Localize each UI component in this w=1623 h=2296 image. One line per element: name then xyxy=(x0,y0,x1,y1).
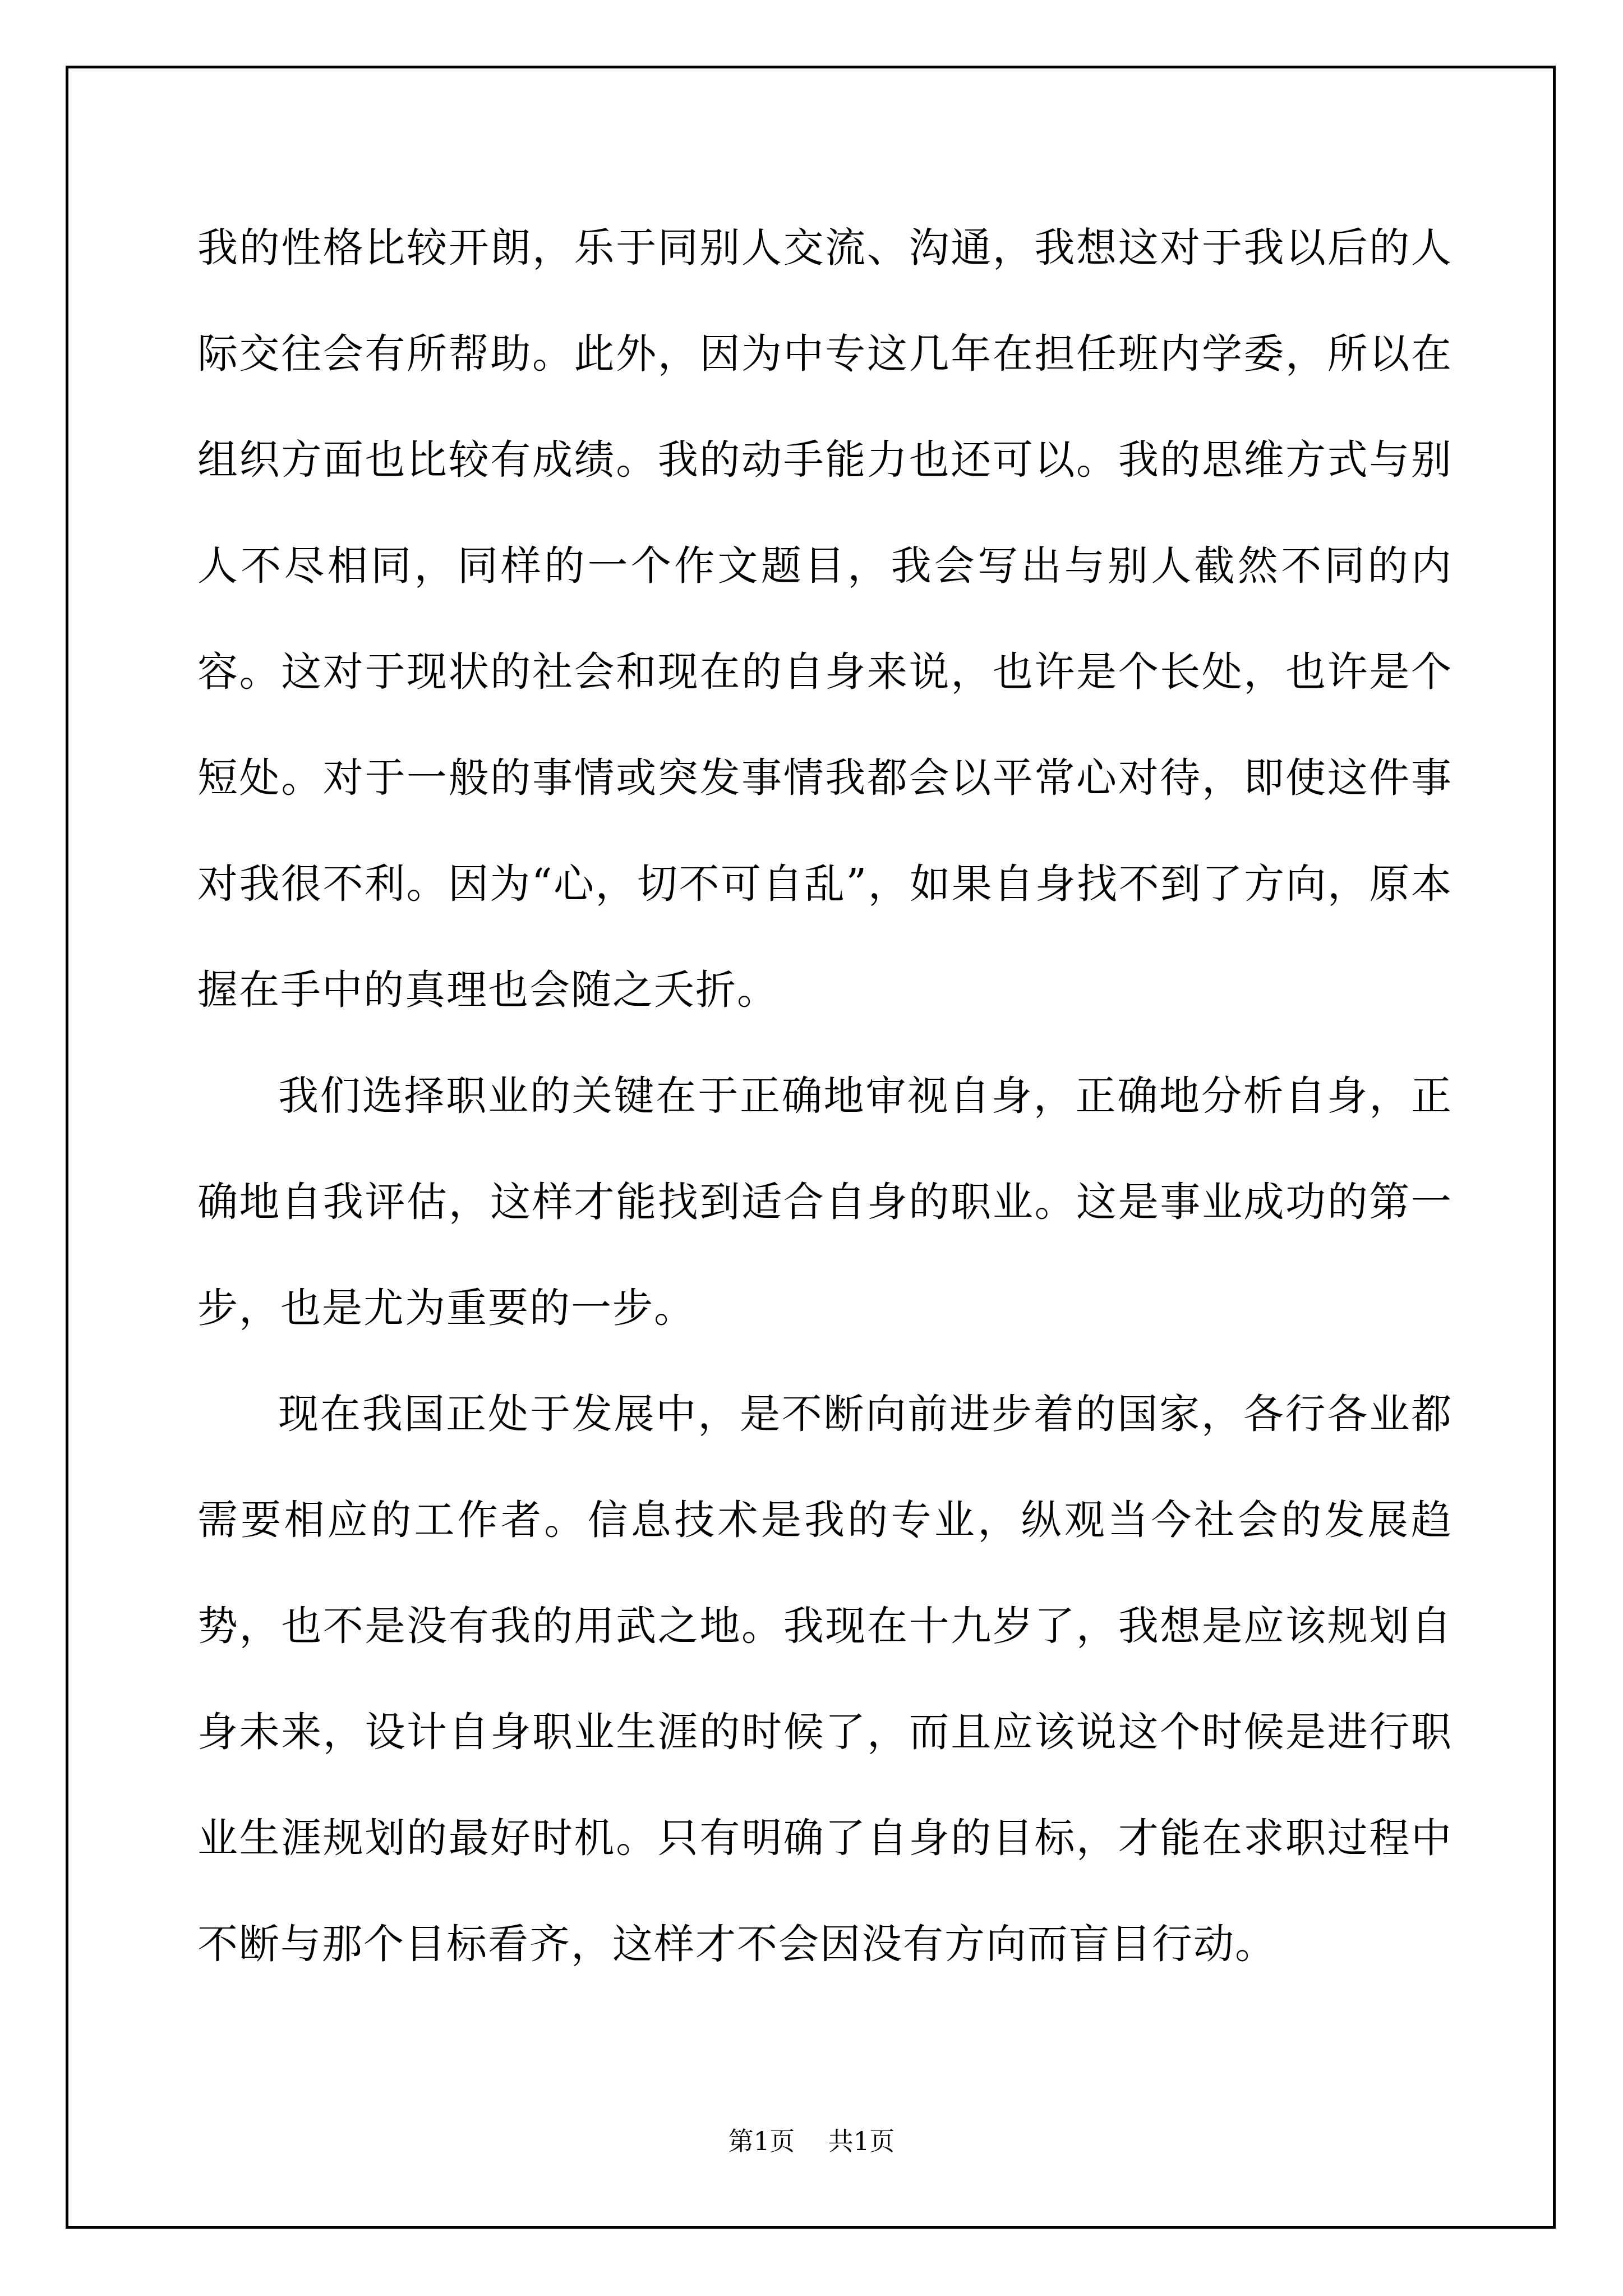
paragraph-3: 现在我国正处于发展中，是不断向前进步着的国家，各行各业都需要相应的工作者。信息技… xyxy=(197,1361,1453,1997)
page-number: 第1页 xyxy=(728,2126,795,2157)
body-text: 我的性格比较开朗，乐于同别人交流、沟通，我想这对于我以后的人际交往会有所帮助。此… xyxy=(197,195,1453,1997)
page-footer: 第1页 共1页 xyxy=(0,2126,1623,2157)
document-page: 我的性格比较开朗，乐于同别人交流、沟通，我想这对于我以后的人际交往会有所帮助。此… xyxy=(0,0,1623,2296)
page-total: 共1页 xyxy=(828,2126,895,2157)
paragraph-2: 我们选择职业的关键在于正确地审视自身，正确地分析自身，正确地自我评估，这样才能找… xyxy=(197,1043,1453,1361)
paragraph-1: 我的性格比较开朗，乐于同别人交流、沟通，我想这对于我以后的人际交往会有所帮助。此… xyxy=(197,195,1453,1043)
